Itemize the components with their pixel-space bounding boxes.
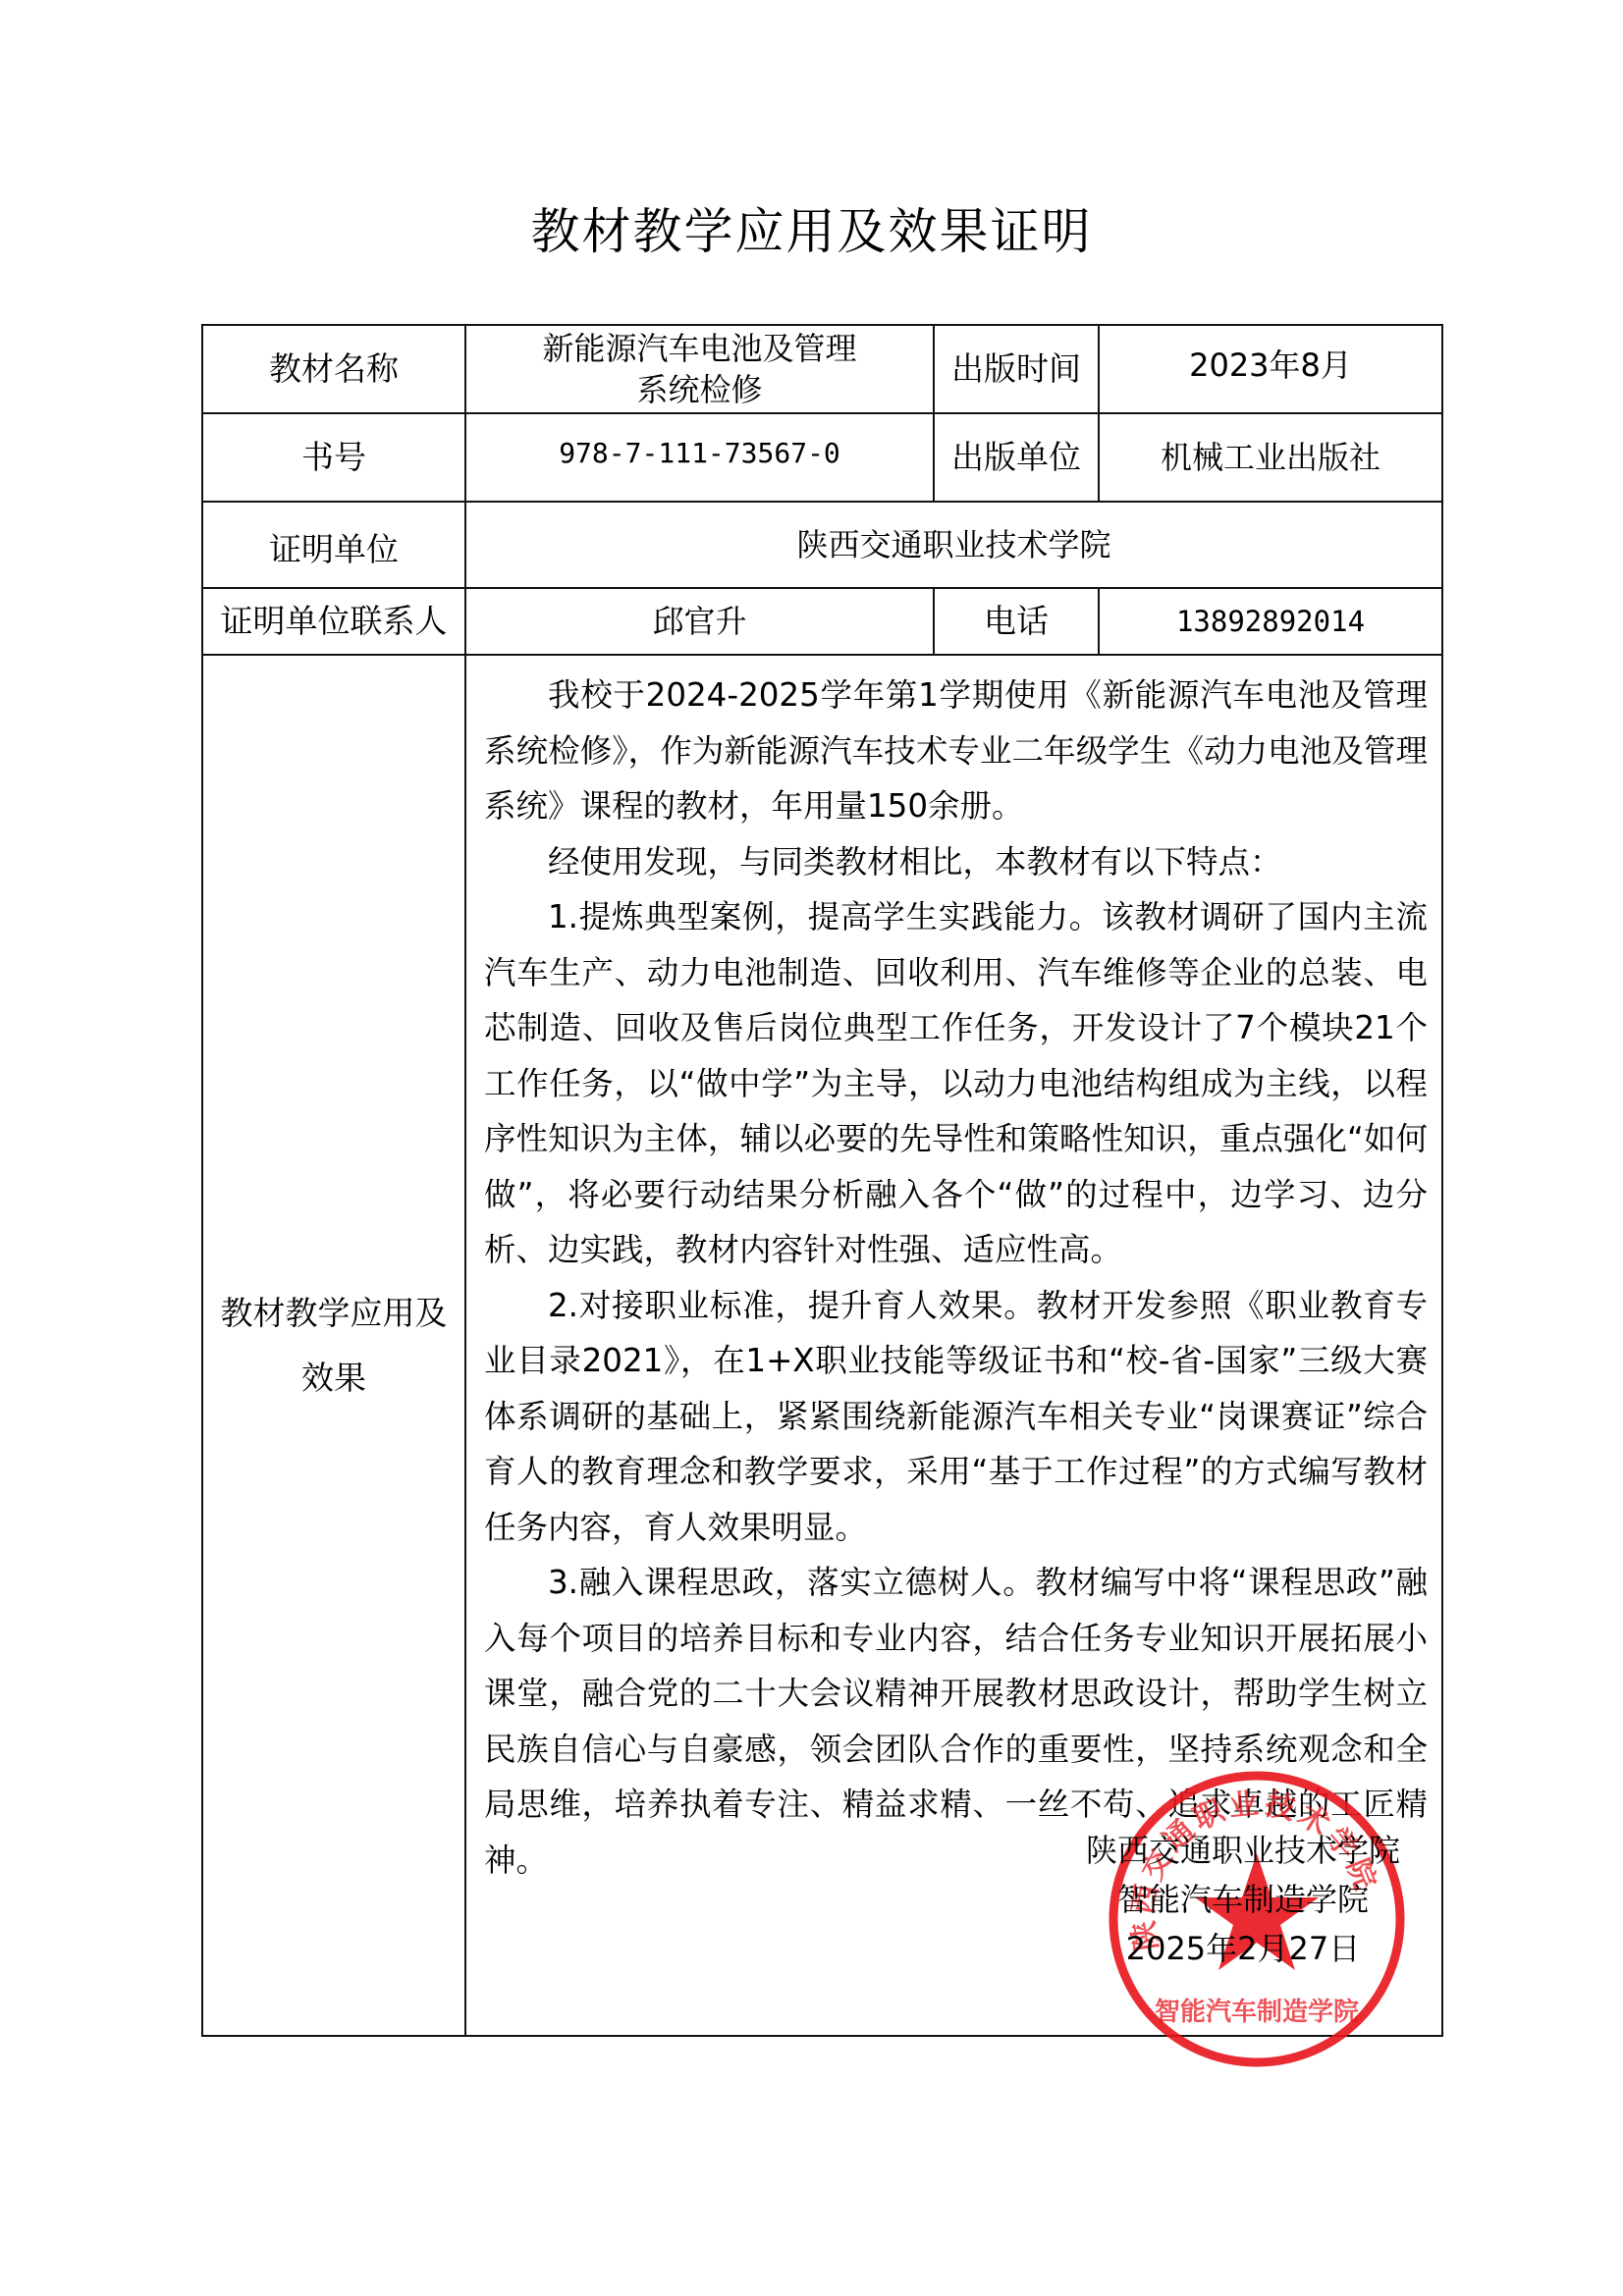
label-textbook-name: 教材名称	[201, 324, 466, 414]
signature-block: 陕西交通职业技术学院 智能汽车制造学院 2025年2月27日	[1086, 1826, 1400, 1973]
paragraph-usage: 我校于2024-2025学年第1学期使用《新能源汽车电池及管理系统检修》，作为新…	[484, 667, 1428, 834]
document-title: 教材教学应用及效果证明	[0, 192, 1623, 263]
isbn-value: 978-7-111-73567-0	[464, 412, 935, 503]
certifying-unit-value: 陕西交通职业技术学院	[464, 501, 1443, 589]
paragraph-feature-2: 2.对接职业标准，提升育人效果。教材开发参照《职业教育专业目录2021》，在1+…	[484, 1278, 1428, 1556]
certificate-table: 教材名称 新能源汽车电池及管理 系统检修 出版时间 2023年8月 书号 978…	[201, 324, 1443, 2037]
label-publisher: 出版单位	[933, 412, 1100, 503]
textbook-name-value: 新能源汽车电池及管理 系统检修	[464, 324, 935, 414]
signature-org: 陕西交通职业技术学院	[1086, 1826, 1400, 1875]
paragraph-feature-1: 1.提炼典型案例，提高学生实践能力。该教材调研了国内主流汽车生产、动力电池制造、…	[484, 889, 1428, 1278]
label-certifying-unit: 证明单位	[201, 501, 466, 589]
pub-date-value: 2023年8月	[1098, 324, 1443, 414]
label-pub-date: 出版时间	[933, 324, 1100, 414]
signature-dept: 智能汽车制造学院	[1086, 1875, 1400, 1924]
publisher-value: 机械工业出版社	[1098, 412, 1443, 503]
label-teaching-effect: 教材教学应用及 效果	[201, 654, 466, 2037]
paragraph-intro: 经使用发现，与同类教材相比，本教材有以下特点：	[484, 834, 1428, 890]
phone-value: 13892892014	[1098, 587, 1443, 656]
effect-paragraphs: 我校于2024-2025学年第1学期使用《新能源汽车电池及管理系统检修》，作为新…	[484, 667, 1428, 1888]
contact-value: 邱官升	[464, 587, 935, 656]
label-isbn: 书号	[201, 412, 466, 503]
label-contact: 证明单位联系人	[201, 587, 466, 656]
signature-date: 2025年2月27日	[1086, 1924, 1400, 1973]
label-phone: 电话	[933, 587, 1100, 656]
